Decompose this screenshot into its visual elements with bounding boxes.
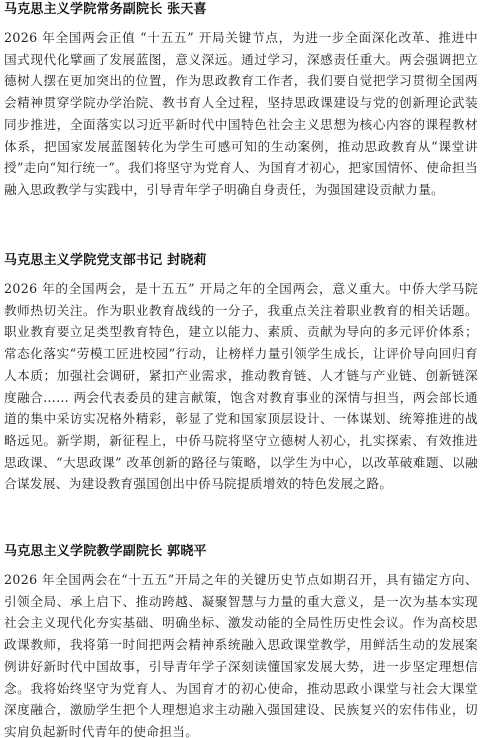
statement-section-guo-xiaoping: 马克思主义学院教学副院长 郭晓平 2026 年全国两会在“十五五”开局之年的关键… bbox=[4, 544, 478, 738]
article-page: 马克思主义学院常务副院长 张天喜 2026 年全国两会正值 “十五五” 开局关键… bbox=[0, 0, 486, 738]
section-heading: 马克思主义学院教学副院长 郭晓平 bbox=[4, 544, 478, 560]
section-body: 2026 年的全国两会，是十五五” 开局之年的全国两会，意义重大。中侨大学马院教… bbox=[4, 278, 478, 495]
statement-section-feng-xiaoli: 马克思主义学院党支部书记 封晓莉 2026 年的全国两会，是十五五” 开局之年的… bbox=[4, 253, 478, 495]
section-body: 2026 年全国两会正值 “十五五” 开局关键节点，为进一步全面深化改革、推进中… bbox=[4, 27, 478, 201]
section-body: 2026 年全国两会在“十五五”开局之年的关键历史节点如期召开，具有锚定方向、引… bbox=[4, 569, 478, 738]
section-heading: 马克思主义学院常务副院长 张天喜 bbox=[4, 2, 478, 18]
section-heading: 马克思主义学院党支部书记 封晓莉 bbox=[4, 253, 478, 269]
statement-section-zhang-tianxi: 马克思主义学院常务副院长 张天喜 2026 年全国两会正值 “十五五” 开局关键… bbox=[4, 2, 478, 201]
